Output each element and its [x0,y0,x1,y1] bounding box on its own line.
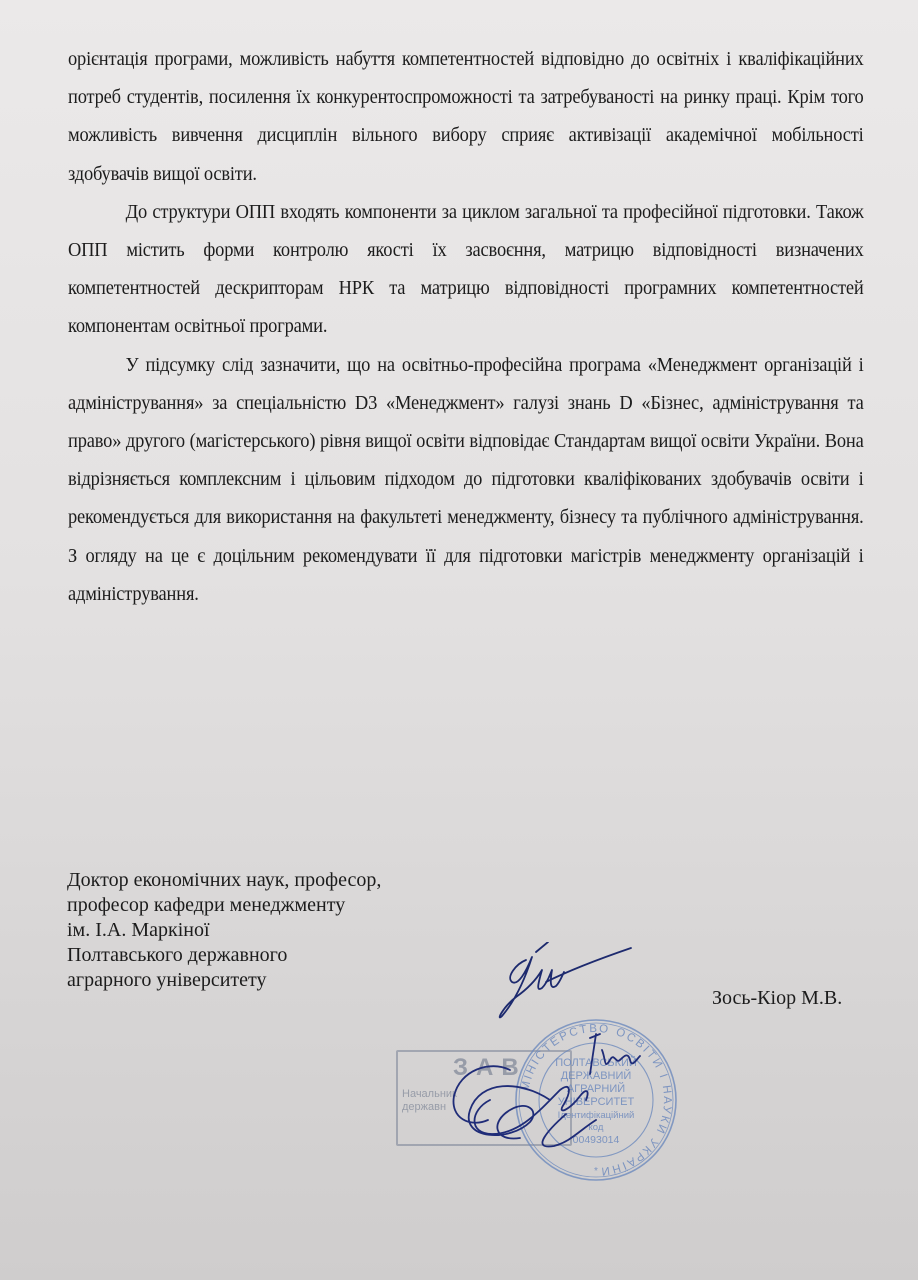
paragraph-2: До структури ОПП входять компоненти за ц… [68,193,864,346]
paragraph-3: У підсумку слід зазначити, що на освітнь… [68,346,864,613]
signer-title-line-5: аграрного університету [67,968,381,993]
signer-title-line-3: ім. І.А. Маркіної [67,918,381,943]
paragraph-1: орієнтація програми, можливість набуття … [68,40,864,193]
author-signature-icon [486,942,636,1022]
document-page: орієнтація програми, можливість набуття … [0,0,918,1280]
signer-title-line-2: професор кафедри менеджменту [67,893,381,918]
signer-title-line-4: Полтавського державного [67,943,381,968]
certifier-signature-icon [430,1030,670,1160]
signer-name: Зось-Кіор М.В. [712,987,842,1010]
signature-block: Доктор економічних наук, професор, профе… [67,868,381,993]
svg-text:*: * [594,1166,598,1177]
signer-title-line-1: Доктор економічних наук, професор, [67,868,381,893]
document-body: орієнтація програми, можливість набуття … [68,40,864,613]
